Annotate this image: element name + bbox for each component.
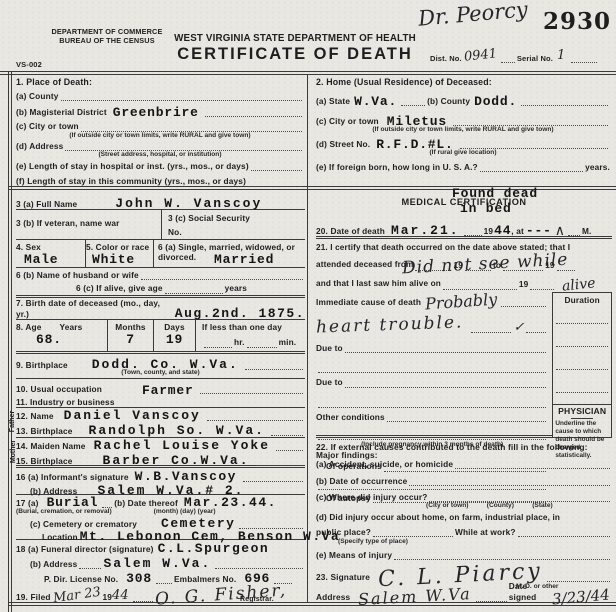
physician-address-row: Address Salem W.Va Date signed 3/23/44: [316, 585, 612, 602]
age-days-label: Days: [154, 322, 195, 332]
date-of-death-at-label: , at: [511, 226, 524, 236]
age-years-typed: 68.: [36, 332, 107, 347]
age-days-typed: 19: [154, 332, 195, 347]
address-label: (d) Address: [16, 141, 63, 151]
immediate-cause-label: Immediate cause of death: [316, 297, 421, 307]
residence-title: 2. Home (Usual Residence) of Deceased:: [316, 77, 610, 88]
date-of-death-label: 20. Date of death: [316, 226, 385, 236]
external-while-label: While at work?: [455, 527, 516, 537]
date-signed-label: Date signed: [509, 581, 546, 602]
district-label: (b) Magisterial District: [16, 107, 107, 117]
stay-community-label: (f) Length of stay in this community (yr…: [16, 176, 246, 186]
father-birthplace-typed: Randolph So. W.Va.: [89, 423, 265, 438]
race-value-typed: White: [92, 252, 153, 267]
external-b-row: (b) Date of occurrence: [316, 476, 612, 486]
due-to-label-1: Due to: [316, 343, 343, 353]
age-months-typed: 7: [108, 332, 153, 347]
res-foreign-label: (e) If foreign born, how long in U. S. A…: [316, 162, 478, 172]
spouse-label: 6 (b) Name of husband or wife: [16, 270, 139, 280]
external-d-line2: public place? While at work?: [316, 527, 612, 537]
form-number: VS-002: [16, 60, 42, 69]
due-to-label-2: Due to: [316, 377, 343, 387]
age-label: 8. Age: [16, 322, 42, 332]
agency-block: DEPARTMENT OF COMMERCE BUREAU OF THE CEN…: [42, 27, 172, 45]
external-d-note: (Specify type of place): [338, 538, 616, 545]
found-dead-line2-typed: in bed: [460, 201, 538, 216]
cause-handwriting-2: heart trouble.: [316, 312, 464, 337]
burial-date-label: (b) Date thereof: [114, 498, 178, 508]
duration-label: Duration: [553, 295, 611, 305]
mother-birthplace-label: 15. Birthplace: [16, 456, 73, 466]
burial-rows: 17 (a) Burial (b) Date thereof Mar.23.44…: [16, 495, 305, 540]
meridiem-label: M.: [582, 226, 592, 236]
filed-label: 19. Filed: [16, 592, 51, 602]
industry-label: 11. Industry or business: [16, 397, 115, 407]
res-city-note: (If outside city or town limits, write R…: [316, 126, 610, 133]
funeral-address-typed: Salem W.Va.: [103, 556, 211, 571]
burial-date-note: (month) (day) (year): [154, 508, 216, 515]
registrar-label: Registrar.: [240, 596, 274, 605]
physician-label: PHYSICIAN: [553, 406, 611, 417]
ssn-no-label: No.: [168, 227, 305, 237]
res-foreign-suffix: years.: [585, 162, 610, 172]
serial-label: Serial No.: [517, 54, 553, 63]
external-e-label: (e) Means of injury: [316, 550, 392, 560]
age-months-label: Months: [108, 322, 153, 332]
certify-19c: 19: [519, 279, 529, 289]
res-state-label: (a) State: [316, 96, 350, 106]
sex-label: 4. Sex: [16, 242, 85, 252]
address-note: (Street address, hospital, or institutio…: [16, 151, 304, 158]
external-a-label: (a) Accident, suicide, or homicide: [316, 459, 453, 469]
date-of-death-year-prefix: 19: [484, 226, 494, 236]
date-of-death-typed: Mar.21.: [391, 223, 460, 238]
occupation-label: 10. Usual occupation: [16, 384, 102, 394]
dist-serial-row: Dist. No. 0941 Serial No. 1: [430, 48, 606, 63]
residence-section: 2. Home (Usual Residence) of Deceased: (…: [316, 77, 610, 172]
physician-address-label: Address: [316, 592, 350, 602]
hr-label: hr.: [234, 337, 245, 347]
marital-value-typed: Married: [214, 252, 274, 267]
city-note: (If outside city or town limits, write R…: [16, 132, 304, 139]
sex-value-typed: Male: [24, 252, 85, 267]
res-county-label: (b) County: [427, 96, 470, 106]
external-causes-title: 22. If external causes contributed to th…: [316, 442, 612, 453]
serial-value-handwriting: 1: [557, 48, 565, 63]
date-of-death-year-typed: 44: [494, 223, 511, 238]
filed-year-prefix: 19: [103, 592, 113, 602]
agency-line2: BUREAU OF THE CENSUS: [42, 36, 172, 45]
birthdate-row: 7. Birth date of deceased (mo., day, yr.…: [16, 299, 305, 320]
veteran-ssn-row: 3 (b) If veteran, name war 3 (c) Social …: [16, 210, 305, 240]
race-label: 5. Color or race: [86, 242, 153, 252]
birthplace-label: 9. Birthplace: [16, 360, 68, 370]
age-row: 8. Age Years 68. Months 7 Days 19 If les…: [16, 320, 305, 354]
birthplace-note: (Town, county, and state): [16, 369, 305, 376]
found-dead-typed-overlay: Found dead in bed: [452, 186, 538, 216]
informant-signature-typed: W.B.Vanscoy: [135, 469, 237, 484]
external-a-row: (a) Accident, suicide, or homicide: [316, 459, 612, 469]
cause-handwriting-1: Probably: [424, 290, 497, 314]
certify-line3-label: and that I last saw him alive on: [316, 279, 441, 289]
father-rows: 12. Name Daniel Vanscoy 13. Birthplace R…: [16, 408, 305, 438]
mother-name-label: 14. Maiden Name: [16, 441, 86, 451]
stamp-number: 2930: [543, 8, 611, 35]
res-county-value-typed: Dodd.: [474, 94, 517, 109]
external-c-row: (c) Where did injury occur?: [316, 492, 612, 502]
date-of-death-mark-handwriting: ∧: [555, 223, 565, 239]
industry-row: 11. Industry or business: [16, 394, 305, 408]
dist-value-handwriting: 0941: [463, 46, 497, 64]
informant-rows: 16 (a) Informant's signature W.B.Vanscoy…: [16, 469, 305, 495]
mother-rows: 14. Maiden Name Rachel Louise Yoke 15. B…: [16, 438, 305, 468]
county-label: (a) County: [16, 91, 59, 101]
cemetery-label: (c) Cemetery or crematory: [30, 519, 137, 529]
date-of-death-at-typed: ---: [526, 223, 552, 238]
date-of-death-row: 20. Date of death Mar.21. 19 44 , at ---…: [316, 215, 612, 239]
spouse-row: 6 (b) Name of husband or wife 6 (c) If a…: [16, 268, 305, 298]
external-d-line2-label: public place?: [316, 527, 371, 537]
birthplace-row: 9. Birthplace Dodd. Co. W.Va. (Town, cou…: [16, 354, 305, 379]
funeral-director-rows: 18 (a) Funeral director (signature) C.L.…: [16, 541, 305, 582]
death-certificate-scan: DEPARTMENT OF COMMERCE BUREAU OF THE CEN…: [0, 0, 616, 612]
place-of-death-section: 1. Place of Death: (a) County (b) Magist…: [16, 77, 304, 187]
physician-note: Underline the cause to which death shoul…: [553, 420, 611, 460]
alive-age-suffix: years: [225, 283, 247, 293]
burial-type-note: (Burial, cremation, or removal): [16, 508, 112, 515]
sex-race-marital-row: 4. Sex Male 5. Color or race White 6 (a)…: [16, 240, 305, 268]
left-border: [8, 71, 12, 612]
header-divider: [0, 71, 616, 75]
agency-line1: DEPARTMENT OF COMMERCE: [42, 27, 172, 36]
district-value-typed: Greenbrire: [113, 105, 199, 120]
bottom-border: [8, 602, 616, 606]
veteran-label: 3 (b) If veteran, name war: [16, 218, 120, 228]
doctor-annotation-handwriting: Dr. Peorcy: [417, 0, 529, 31]
mother-birthplace-typed: Barber Co.W.Va.: [103, 453, 250, 468]
birthdate-typed: Aug.2nd. 1875.: [175, 306, 305, 321]
occupation-row: 10. Usual occupation Farmer: [16, 379, 305, 394]
father-name-typed: Daniel Vanscoy: [64, 408, 201, 423]
father-name-label: 12. Name: [16, 411, 54, 421]
full-name-typed: John W. Vanscoy: [115, 196, 262, 211]
min-label: min.: [279, 337, 297, 347]
full-name-row: 3 (a) Full Name John W. Vanscoy: [16, 189, 305, 210]
external-e-row: (e) Means of injury: [316, 550, 612, 560]
res-street-label: (d) Street No.: [316, 139, 370, 149]
page-title: CERTIFICATE OF DEATH: [160, 44, 430, 65]
age-years-label: Years: [60, 322, 83, 332]
less-than-day-label: If less than one day: [202, 322, 305, 332]
cause-check-mark: ✓: [513, 320, 524, 335]
external-c-label: (c) Where did injury occur?: [316, 492, 427, 502]
found-dead-line1-typed: Found dead: [452, 186, 538, 201]
res-state-value-typed: W.Va.: [354, 94, 397, 109]
certify-line2-label: attended deceased from: [316, 260, 413, 270]
res-city-label: (c) City or town: [316, 116, 379, 126]
alive-age-label: 6 (c) If alive, give age: [76, 283, 163, 293]
ssn-label: 3 (c) Social Security: [168, 213, 305, 223]
other-conditions-label: Other conditions: [316, 412, 385, 422]
informant-signature-label: 16 (a) Informant's signature: [16, 472, 129, 482]
father-birthplace-label: 13. Birthplace: [16, 426, 73, 436]
birthdate-label: 7. Birth date of deceased (mo., day, yr.…: [16, 298, 165, 319]
funeral-address-label: (b) Address: [30, 559, 77, 569]
funeral-director-typed: C.L.Spurgeon: [158, 541, 270, 556]
dist-label: Dist. No.: [430, 54, 462, 63]
full-name-label: 3 (a) Full Name: [16, 199, 77, 209]
physician-signature-row: 23. Signature C. L. Piarcy: [316, 560, 612, 582]
center-divider: [307, 75, 308, 602]
external-c-note: (City or town) (County) (State): [426, 502, 616, 509]
physician-signature-label: 23. Signature: [316, 572, 370, 582]
burial-item-label: 17 (a): [16, 498, 39, 508]
mother-name-typed: Rachel Louise Yoke: [94, 438, 270, 453]
cause-of-death-block: Immediate cause of death Probably heart …: [316, 292, 612, 438]
city-label: (c) City or town: [16, 121, 79, 131]
filed-year-handwriting: 44: [112, 588, 129, 603]
external-d-line1: (d) Did injury occur about home, on farm…: [316, 513, 612, 523]
stay-hospital-label: (e) Length of stay in hospital or inst. …: [16, 161, 249, 171]
duration-physician-box: Duration PHYSICIAN Underline the cause t…: [552, 292, 612, 438]
funeral-director-label: 18 (a) Funeral director (signature): [16, 544, 154, 554]
place-of-death-title: 1. Place of Death:: [16, 77, 304, 88]
external-b-label: (b) Date of occurrence: [316, 476, 407, 486]
res-street-note: (If rural give location): [316, 149, 610, 156]
